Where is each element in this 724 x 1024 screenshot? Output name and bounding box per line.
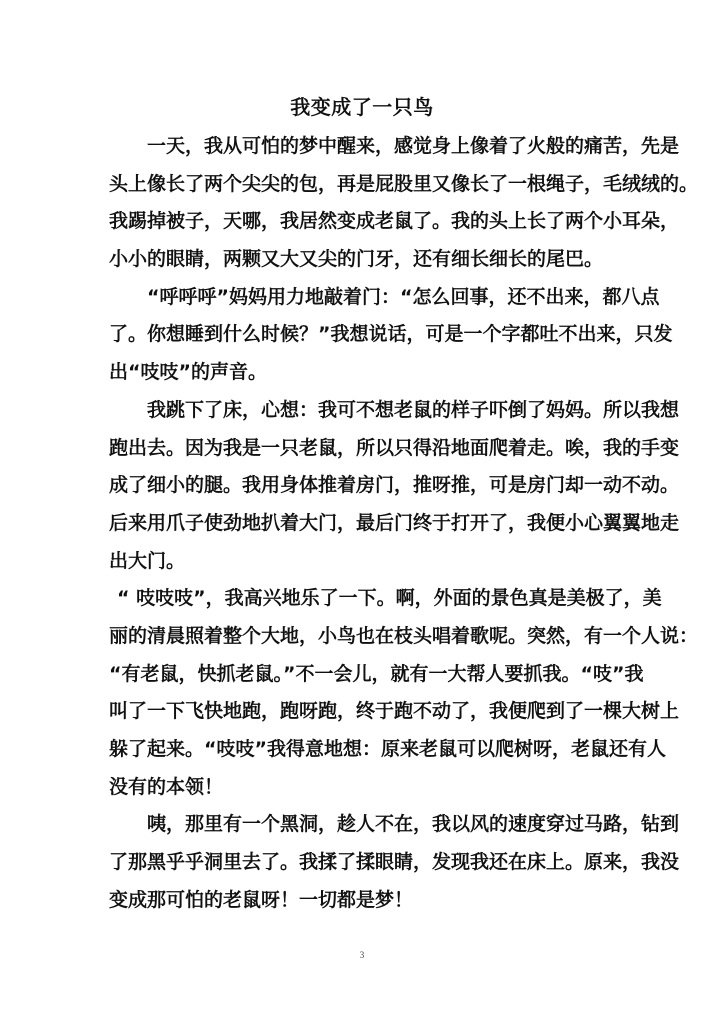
text-line: 成了细小的腿。我用身体推着房门，推呀推，可是房门却一动不动。 [109, 471, 617, 509]
text-line: 叫了一下飞快地跑，跑呀跑，终于跑不动了，我便爬到了一棵大树上 [109, 697, 617, 735]
text-line: 出“吱吱”的声音。 [109, 358, 617, 396]
text-line: 出大门。 [109, 547, 617, 585]
text-line: 了。你想睡到什么时候？”我想说话，可是一个字都吐不出来，只发 [109, 320, 617, 358]
text-line: 丽的清晨照着整个大地，小鸟也在枝头唱着歌呢。突然，有一个人说： [109, 622, 617, 660]
text-line: 小小的眼睛，两颗又大又尖的门牙，还有细长细长的尾巴。 [109, 245, 617, 283]
paragraph: 咦，那里有一个黑洞，趁人不在，我以风的速度穿过马路，钻到 了那黑乎乎洞里去了。我… [109, 810, 617, 923]
text-line: 头上像长了两个尖尖的包，再是屁股里又像长了一根绳子，毛绒绒的。 [109, 170, 617, 208]
document-title: 我变成了一只鸟 [0, 94, 724, 120]
document-body: 一天，我从可怕的梦中醒来，感觉身上像着了火般的痛苦，先是 头上像长了两个尖尖的包… [109, 132, 617, 923]
text-line: 后来用爪子使劲地扒着大门，最后门终于打开了，我便小心翼翼地走 [109, 509, 617, 547]
paragraph: “ 吱吱吱”，我高兴地乐了一下。啊，外面的景色真是美极了，美 丽的清晨照着整个大… [109, 584, 617, 810]
text-line: 我跳下了床，心想：我可不想老鼠的样子吓倒了妈妈。所以我想 [109, 396, 617, 434]
text-line: 躲了起来。“吱吱”我得意地想：原来老鼠可以爬树呀，老鼠还有人 [109, 735, 617, 773]
text-line: “呼呼呼”妈妈用力地敲着门：“怎么回事，还不出来，都八点 [109, 283, 617, 321]
text-line: “有老鼠，快抓老鼠。”不一会儿，就有一大帮人要抓我。“吱”我 [109, 660, 617, 698]
paragraph: “呼呼呼”妈妈用力地敲着门：“怎么回事，还不出来，都八点 了。你想睡到什么时候？… [109, 283, 617, 396]
document-page: 我变成了一只鸟 一天，我从可怕的梦中醒来，感觉身上像着了火般的痛苦，先是 头上像… [0, 0, 724, 1024]
page-number: 3 [0, 950, 724, 960]
text-line: 一天，我从可怕的梦中醒来，感觉身上像着了火般的痛苦，先是 [109, 132, 617, 170]
paragraph: 一天，我从可怕的梦中醒来，感觉身上像着了火般的痛苦，先是 头上像长了两个尖尖的包… [109, 132, 617, 283]
text-line: 没有的本领！ [109, 773, 617, 811]
text-line: 变成那可怕的老鼠呀！一切都是梦！ [109, 886, 617, 924]
text-line: 了那黑乎乎洞里去了。我揉了揉眼睛，发现我还在床上。原来，我没 [109, 848, 617, 886]
text-line: 咦，那里有一个黑洞，趁人不在，我以风的速度穿过马路，钻到 [109, 810, 617, 848]
text-line: “ 吱吱吱”，我高兴地乐了一下。啊，外面的景色真是美极了，美 [109, 584, 617, 622]
text-line: 跑出去。因为我是一只老鼠，所以只得沿地面爬着走。唉，我的手变 [109, 434, 617, 472]
text-line: 我踢掉被子，天哪，我居然变成老鼠了。我的头上长了两个小耳朵， [109, 207, 617, 245]
paragraph: 我跳下了床，心想：我可不想老鼠的样子吓倒了妈妈。所以我想 跑出去。因为我是一只老… [109, 396, 617, 584]
